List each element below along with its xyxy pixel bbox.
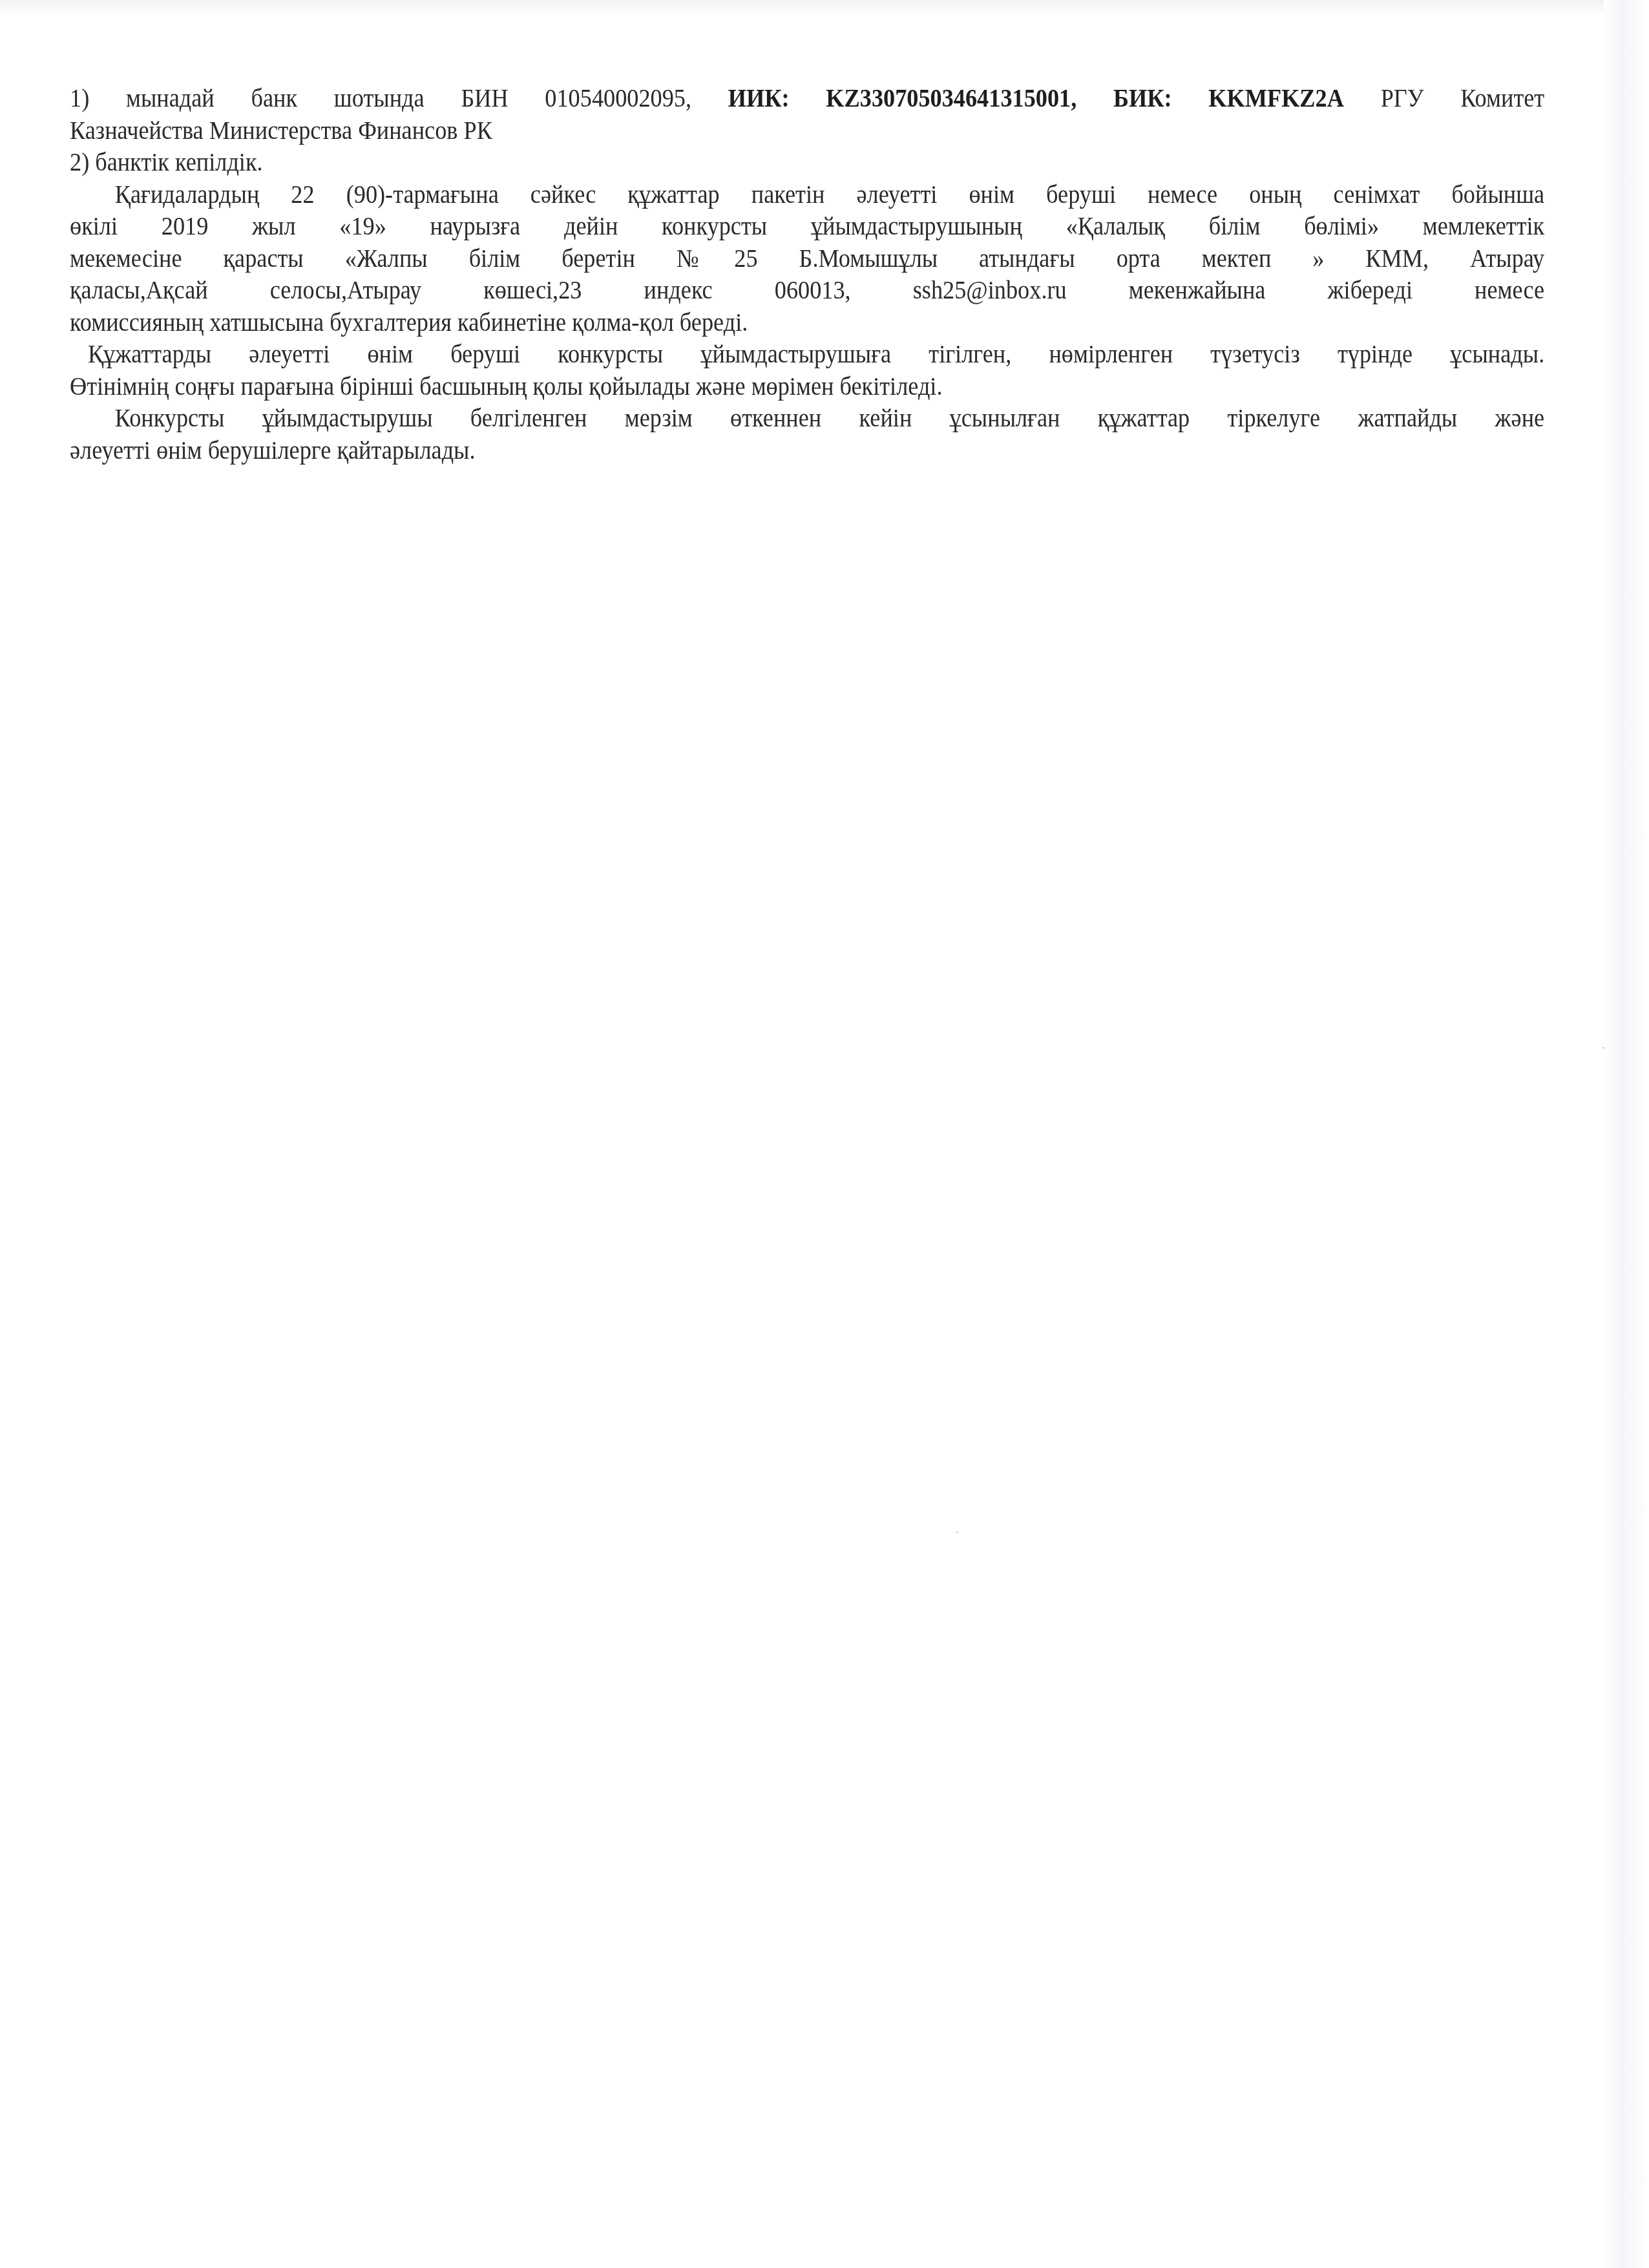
- bank-bin-text: 1) мынадай банк шотында БИН 010540002095…: [70, 85, 728, 112]
- paragraph-1-line: комиссияның хатшысына бухгалтерия кабине…: [70, 307, 1441, 339]
- paragraph-1-line: Қағидалардың 22 (90)-тармағына сәйкес құ…: [70, 179, 1544, 211]
- iik-account: ИИК: KZ330705034641315001,: [728, 85, 1113, 112]
- scan-edge-right: [1604, 0, 1649, 2268]
- paragraph-3-line: Конкурсты ұйымдастырушы белгіленген мерз…: [70, 403, 1544, 435]
- payment-item-2: 2) банктік кепілдік.: [70, 147, 1441, 179]
- paragraph-1-line: қаласы,Ақсай селосы,Атырау көшесі,23 инд…: [70, 275, 1544, 307]
- scan-speck: [1602, 1047, 1604, 1049]
- scan-speck: [956, 1531, 958, 1533]
- bik-code: БИК: KKMFKZ2A: [1113, 85, 1344, 112]
- payment-item-1-continued: Казначейства Министерства Финансов РК: [70, 115, 1441, 147]
- paragraph-2-line: Өтінімнің соңғы парағына бірінші басшыны…: [70, 371, 1441, 403]
- paragraph-2-line: Құжаттарды әлеуетті өнім беруші конкурст…: [70, 339, 1544, 371]
- paragraph-1-line: мекемесіне қарасты «Жалпы білім беретін …: [70, 243, 1544, 275]
- scan-edge-top: [0, 0, 1649, 16]
- payment-item-1: 1) мынадай банк шотында БИН 010540002095…: [70, 83, 1544, 115]
- paragraph-1-line: өкілі 2019 жыл «19» наурызға дейін конку…: [70, 211, 1544, 243]
- bank-recipient: РГУ Комитет: [1344, 85, 1544, 112]
- document-page: 1) мынадай банк шотында БИН 010540002095…: [70, 83, 1441, 467]
- paragraph-3-line: әлеуетті өнім берушілерге қайтарылады.: [70, 435, 1441, 467]
